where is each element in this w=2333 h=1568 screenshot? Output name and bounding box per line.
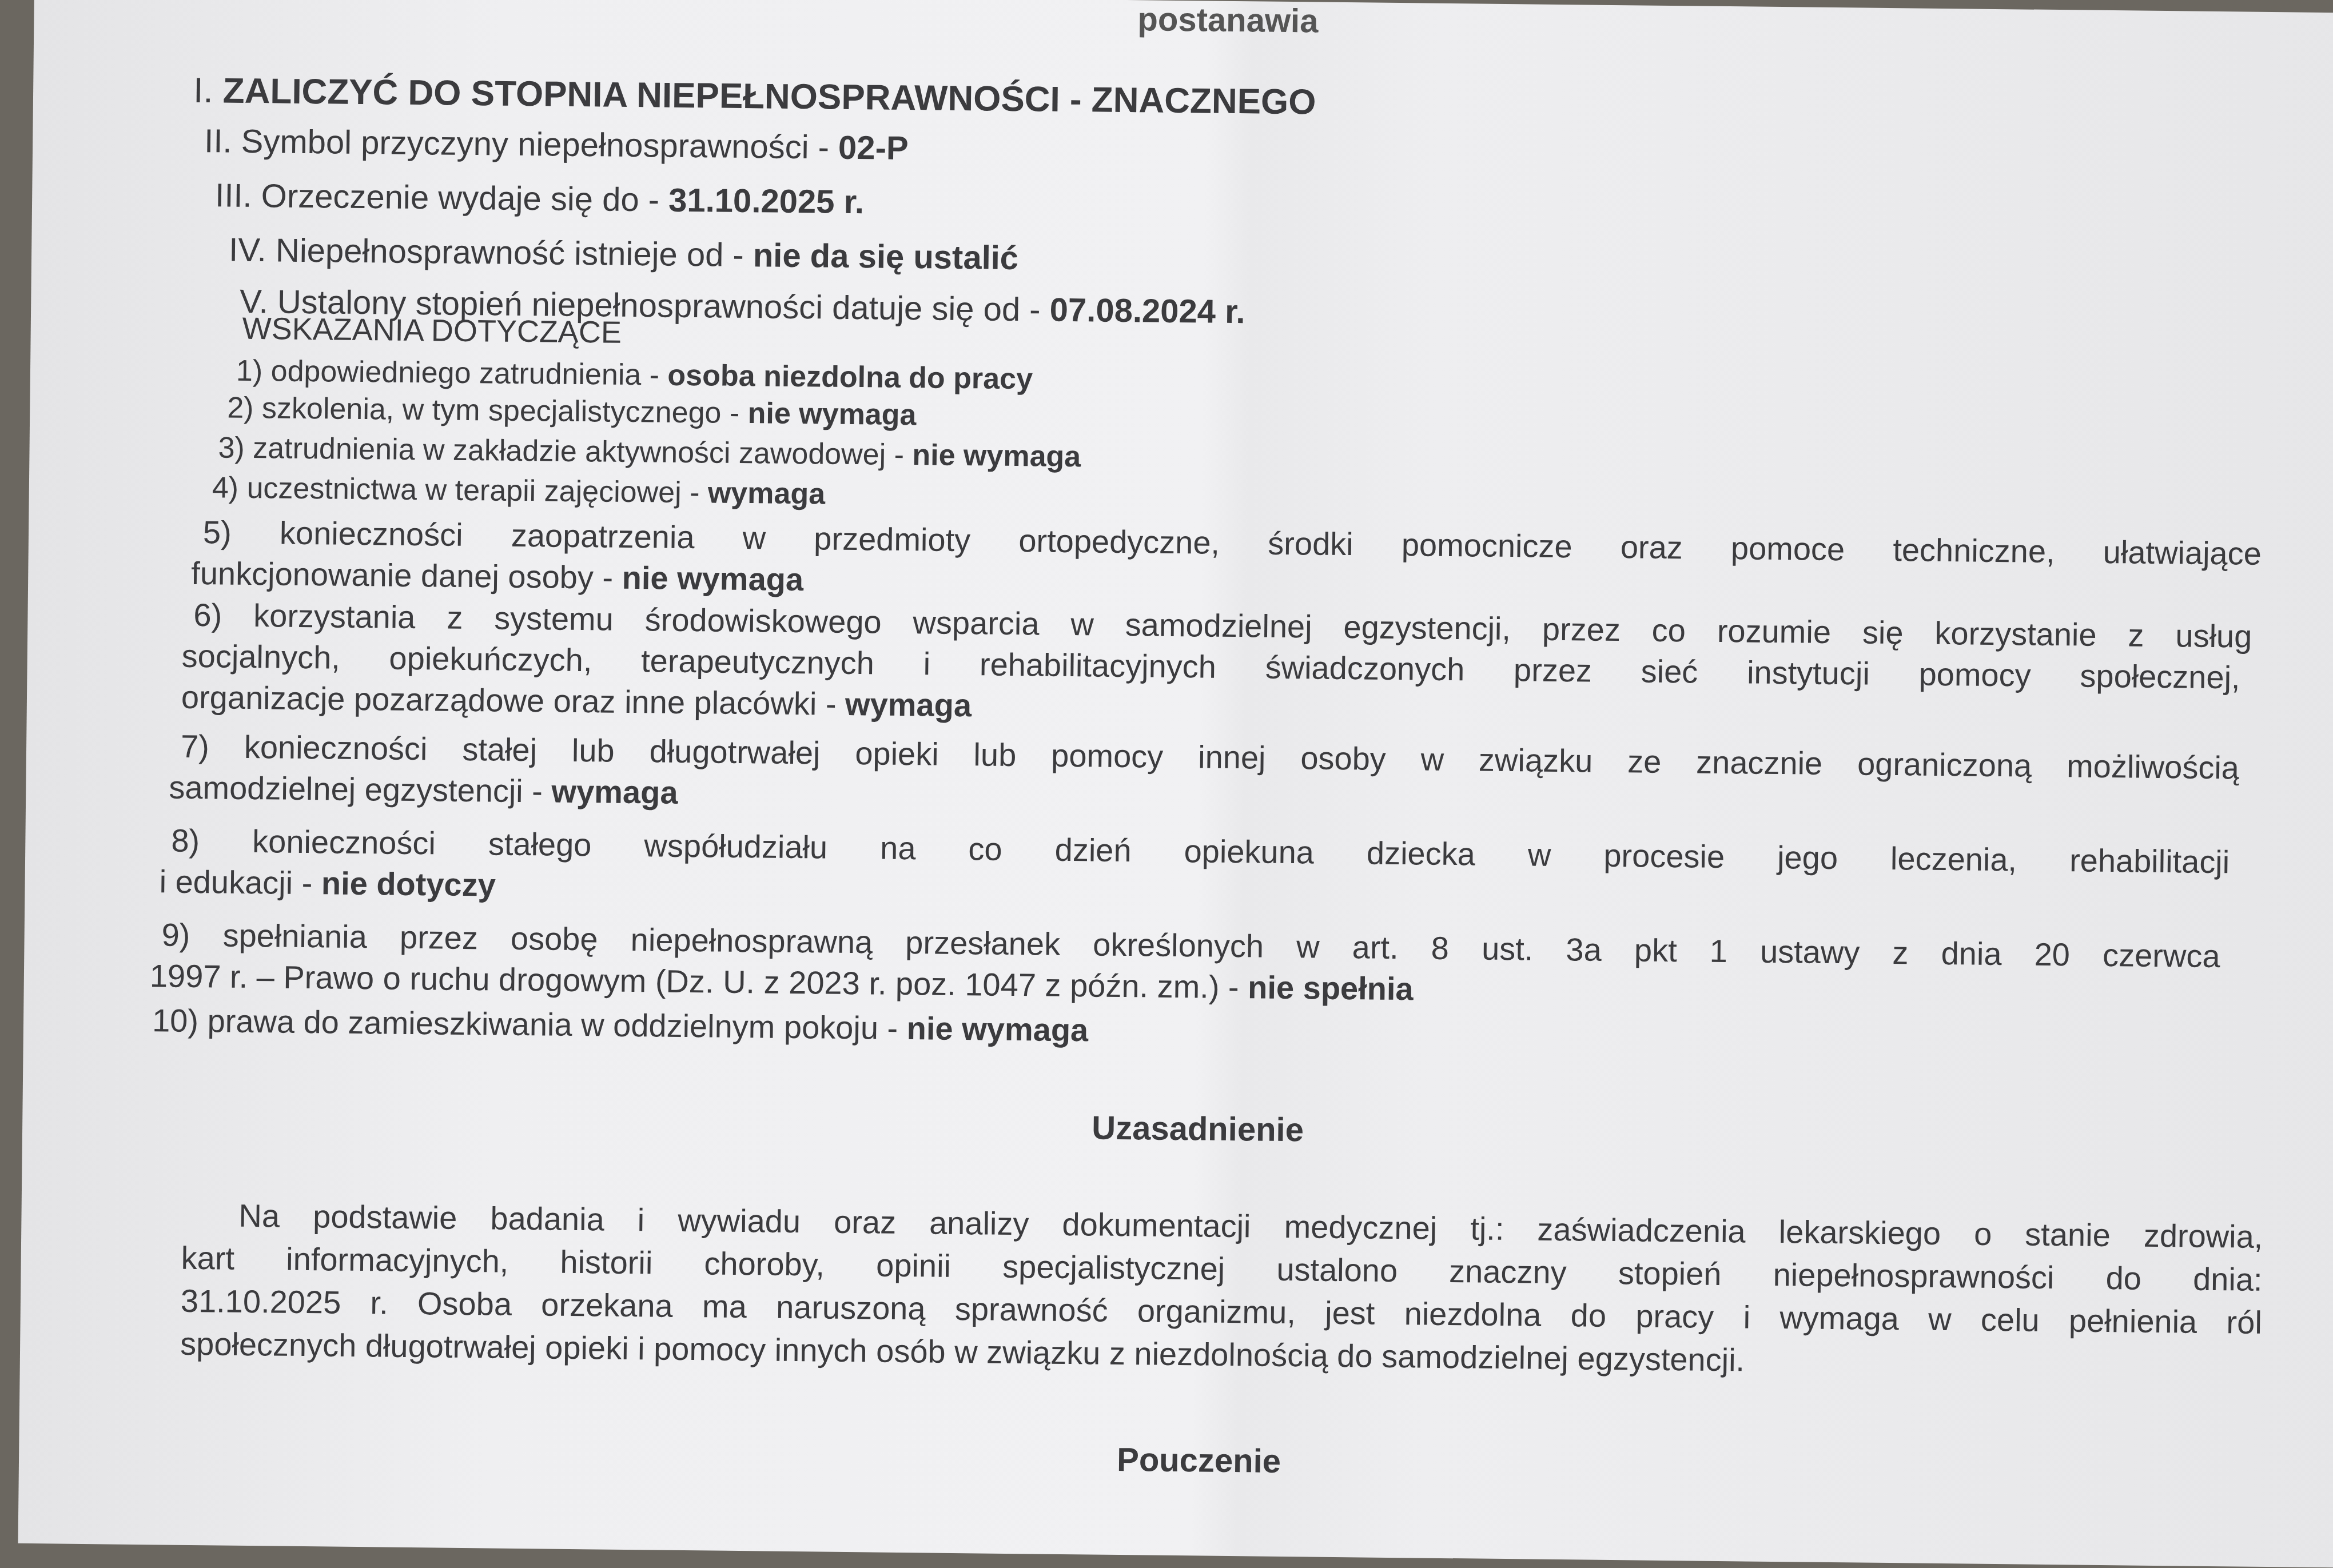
point-value: nie da się ustalić [753, 237, 1019, 277]
point-number: II. [204, 122, 241, 160]
instruction-title: Pouczenie [1117, 1441, 1281, 1481]
point-number: III. [215, 177, 261, 214]
indication-number: 2) [227, 392, 262, 425]
indication-text: konieczności stałego współudziału na co … [252, 823, 2230, 880]
header-text: postanawia [1137, 1, 1319, 39]
point-number: IV. [229, 232, 276, 269]
header-postanawia: postanawia [1137, 0, 1319, 40]
document-page: postanawiaI. ZALICZYĆ DO STOPNIA NIEPEŁN… [18, 0, 2333, 1515]
point-4: IV. Niepełnosprawność istnieje od - nie … [229, 231, 1019, 277]
indication-8-line-2: i edukacji - nie dotyczy [159, 863, 496, 903]
indication-number: 6) [193, 597, 253, 633]
indication-4-line-1: 4) uczestnictwa w terapii zajęciowej - w… [212, 470, 826, 511]
indication-5-line-2: funkcjonowanie danej osoby - nie wymaga [191, 554, 803, 598]
indication-1-line-1: 1) odpowiedniego zatrudnienia - osoba ni… [236, 354, 1033, 397]
point-text: Orzeczenie wydaje się do - [261, 177, 668, 218]
indication-text: organizacje pozarządowe oraz inne placów… [181, 679, 846, 722]
point-2: II. Symbol przyczyny niepełnosprawności … [204, 122, 909, 167]
point-1: I. ZALICZYĆ DO STOPNIA NIEPEŁNOSPRAWNOŚC… [193, 70, 1316, 123]
indication-value: nie wymaga [912, 438, 1081, 473]
indication-number: 3) [218, 431, 253, 465]
point-3: III. Orzeczenie wydaje się do - 31.10.20… [215, 176, 865, 221]
indication-9-line-2: 1997 r. – Prawo o ruchu drogowym (Dz. U.… [150, 957, 1414, 1007]
point-value: 31.10.2025 r. [668, 182, 865, 221]
indication-number: 4) [212, 471, 247, 505]
point-number: I. [193, 71, 223, 111]
indication-value: osoba niezdolna do pracy [667, 359, 1033, 396]
indication-value: wymaga [551, 773, 678, 811]
indication-value: nie wymaga [747, 397, 916, 432]
indication-number: 10) [152, 1002, 208, 1039]
indication-value: nie dotyczy [321, 865, 496, 903]
section-title: Uzasadnienie [1092, 1109, 1304, 1148]
indication-7-line-2: samodzielnej egzystencji - wymaga [169, 769, 678, 811]
indication-number: 1) [236, 354, 271, 388]
indication-text: szkolenia, w tym specjalistycznego - [262, 392, 748, 430]
indication-value: wymaga [845, 686, 972, 723]
point-text: ZALICZYĆ DO STOPNIA NIEPEŁNOSPRAWNOŚCI -… [222, 71, 1316, 122]
section-title: Pouczenie [1117, 1441, 1281, 1480]
indication-text: samodzielnej egzystencji - [169, 769, 552, 809]
indication-10-line-1: 10) prawa do zamieszkiwania w oddzielnym… [152, 1002, 1089, 1048]
point-value: 02-P [838, 129, 909, 167]
indication-3-line-1: 3) zatrudnienia w zakładzie aktywności z… [218, 430, 1081, 474]
indication-text: zatrudnienia w zakładzie aktywności zawo… [253, 432, 913, 472]
indication-value: nie wymaga [906, 1010, 1088, 1048]
indications-title: WSKAZANIA DOTYCZĄCE [242, 311, 622, 350]
paragraph-text: społecznych długotrwałej opieki i pomocy… [180, 1326, 1745, 1378]
section-title: WSKAZANIA DOTYCZĄCE [242, 312, 622, 350]
indication-value: wymaga [708, 476, 826, 510]
indication-6-line-3: organizacje pozarządowe oraz inne placów… [181, 679, 972, 724]
indication-text: funkcjonowanie danej osoby - [191, 555, 622, 596]
indication-2-line-1: 2) szkolenia, w tym specjalistycznego - … [227, 391, 917, 433]
justification-title: Uzasadnienie [1092, 1108, 1304, 1149]
point-value: 07.08.2024 r. [1049, 292, 1245, 331]
indication-number: 8) [171, 823, 253, 859]
indication-number: 5) [203, 514, 280, 550]
indication-text: prawa do zamieszkiwania w oddzielnym pok… [207, 1003, 907, 1046]
point-text: Niepełnosprawność istnieje od - [276, 232, 754, 274]
indication-number: 7) [181, 728, 244, 765]
indication-value: nie spełnia [1248, 969, 1414, 1007]
indication-text: i edukacji - [159, 863, 321, 901]
indication-value: nie wymaga [622, 560, 803, 597]
point-text: Symbol przyczyny niepełnosprawności - [241, 123, 838, 166]
indication-text: uczestnictwa w terapii zajęciowej - [246, 472, 708, 509]
indication-text: 1997 r. – Prawo o ruchu drogowym (Dz. U.… [150, 957, 1248, 1005]
indication-number: 9) [161, 916, 223, 953]
indication-text: odpowiedniego zatrudnienia - [270, 354, 667, 392]
